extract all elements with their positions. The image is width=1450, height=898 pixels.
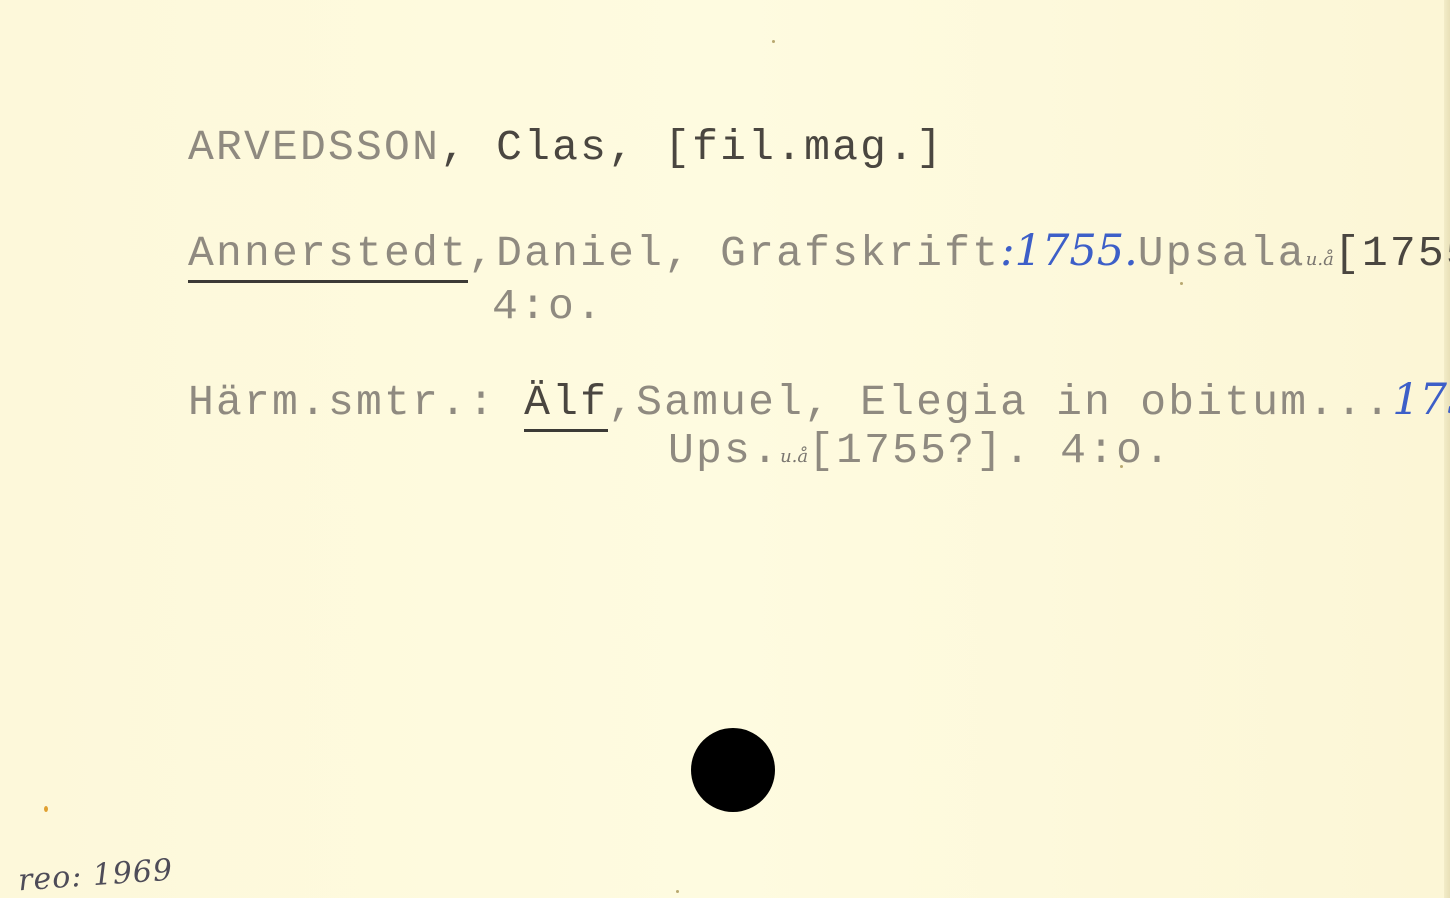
entry-2-line-2: Ups.u.å[1755?]. 4:o. (556, 386, 1172, 515)
entry-2-date: [1755?]. 4:o. (808, 426, 1172, 475)
paper-speck (676, 890, 679, 893)
catalog-card: ARVEDSSON, Clas, [fil.mag.] Annerstedt,D… (0, 0, 1450, 898)
entry-2-abbrev: u.å (780, 446, 808, 467)
entry-1-handwritten-year: :1755. (1000, 226, 1138, 276)
entry-1-abbrev: u.å (1306, 249, 1334, 270)
entry-2-handwritten-year: 1755. (1392, 375, 1450, 425)
entry-1-place: Upsala (1138, 229, 1306, 278)
entry-1-format: 4:o. (492, 282, 604, 331)
heading-surname: ARVEDSSON (188, 123, 440, 172)
paper-speck (1120, 465, 1123, 468)
entry-2-prefix: Härm.smtr.: (188, 378, 524, 427)
heading-title: [fil.mag.] (664, 123, 944, 172)
entry-1-line-1: Annerstedt,Daniel, Grafskrift:1755.Upsal… (76, 187, 1450, 318)
punch-hole (691, 728, 775, 812)
entry-1-date: [1755?]. (1334, 229, 1450, 278)
entry-2-place: Ups. (668, 426, 780, 475)
paper-speck (1180, 282, 1183, 285)
handwritten-note: reo: 1969 (17, 853, 174, 898)
heading-given-name: , Clas, (440, 123, 664, 172)
paper-speck (44, 806, 48, 812)
paper-speck (772, 40, 775, 43)
